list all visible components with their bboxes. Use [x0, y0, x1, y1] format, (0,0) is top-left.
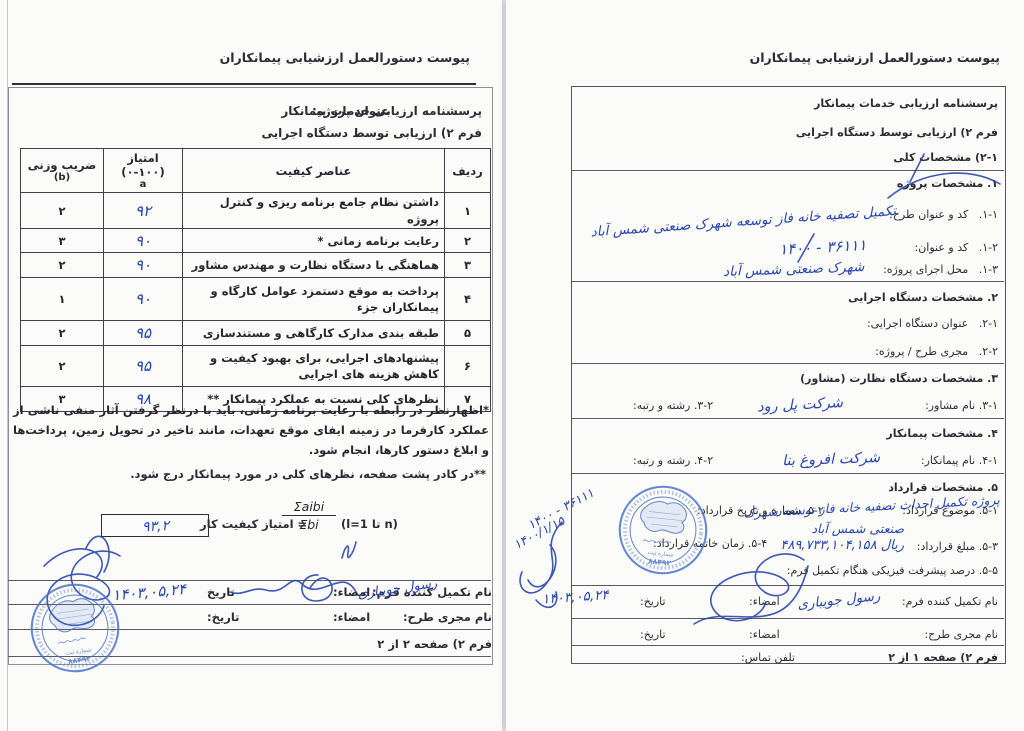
page-right-sheet: پیوست دستورالعمل ارزشیابی پیمانکاران پرس…	[506, 0, 1024, 731]
field-plan-executor-label: ۲-۲. مجری طرح / پروژه:	[875, 345, 998, 359]
table-row: ۶ پیشنهادهای اجرایی، برای بهبود کیفیت و …	[21, 346, 491, 387]
table-row: ۴ پرداخت به موقع دستمزد عوامل کارگاه و پ…	[21, 278, 491, 321]
col-header-quality: عناصر کیفیت	[183, 149, 445, 193]
date-label: تاریخ:	[207, 610, 239, 624]
page-title: پیوست دستورالعمل ارزشیابی پیمانکاران	[750, 50, 1000, 66]
row-item: رعایت برنامه زمانی *	[183, 229, 445, 253]
section1-title: ۱. مشخصات پروژه	[897, 177, 998, 191]
formula-numerator: Σaibi	[282, 499, 336, 516]
row-no: ۱	[445, 193, 491, 229]
page-footer: فرم ۲) صفحه ۲ از ۲	[377, 637, 492, 651]
contact-phone-label: تلفن تماس:	[741, 651, 795, 665]
section-divider	[571, 585, 1004, 586]
signature-label: امضاء:	[333, 585, 370, 599]
sign-line	[8, 604, 491, 605]
contract-subject-line2-handwritten: صنعتی شمس آباد	[811, 521, 904, 537]
footnote-schedule: *اظهارنظر در رابطه با رعایت برنامه زمانی…	[13, 400, 489, 460]
row-item: پیشنهادهای اجرایی، برای بهبود کیفیت و کا…	[183, 346, 445, 387]
section-divider	[571, 473, 1004, 474]
date-label: تاریخ:	[640, 628, 666, 642]
col-header-score: امتیاز (۱۰۰-۰) a	[104, 149, 183, 193]
section-overview: ۲-۱) مشخصات کلی	[893, 151, 998, 165]
header-rule	[12, 83, 476, 85]
table-row: ۳ هماهنگی با دستگاه نظارت و مهندس مشاور …	[21, 253, 491, 278]
footnote-back-page: **در کادر پشت صفحه، نظرهای کلی در مورد پ…	[130, 467, 486, 481]
scanned-document: پیوست دستورالعمل ارزشیابی پیمانکاران پرس…	[0, 0, 1024, 731]
project-title-label: عنوان پروژه:	[312, 104, 389, 119]
section-divider	[571, 170, 1004, 171]
section3-title: ۳. مشخصات دستگاه نظارت (مشاور)	[800, 372, 998, 386]
section2-title: ۲. مشخصات دستگاه اجرایی	[848, 291, 998, 305]
contract-amount-handwritten: ۴۸۹,۷۳۳,۱۰۴,۱۵۸ ریال	[780, 538, 904, 554]
signature-label: امضاء:	[333, 610, 370, 624]
page-title: پیوست دستورالعمل ارزشیابی پیمانکاران	[220, 50, 470, 66]
row-score-handwritten: ۹۰	[104, 253, 183, 278]
row-no: ۶	[445, 346, 491, 387]
row-weight: ۲	[21, 346, 104, 387]
table-row: ۲ رعایت برنامه زمانی * ۹۰ ۳	[21, 229, 491, 253]
formula-equals-label: = امتیاز کیفیت کار	[200, 517, 307, 531]
field-contract-amount-label: ۵-۳. مبلغ قرارداد:	[917, 540, 998, 554]
row-score-handwritten: ۹۵	[104, 346, 183, 387]
section-divider	[571, 418, 1004, 419]
col-header-weight: ضریب وزنی (b)	[21, 149, 104, 193]
quality-score-handwritten: ۹۳,۲	[141, 518, 169, 535]
row-score-handwritten: ۹۲	[104, 193, 183, 229]
col-header-weight-sub: (b)	[23, 172, 101, 183]
row-item: طبقه بندی مدارک کارگاهی و مستندسازی	[183, 321, 445, 346]
field-contractor-grade-label: ۴-۲. رشته و رتبه:	[633, 454, 713, 468]
formula-range: (l=1 تا n)	[341, 517, 398, 531]
field-progress-label: ۵-۵. درصد پیشرفت فیزیکی هنگام تکمیل فرم:	[787, 564, 998, 578]
quality-table: ردیف عناصر کیفیت امتیاز (۱۰۰-۰) a ضریب و…	[20, 148, 491, 412]
row-score-handwritten: ۹۰	[104, 229, 183, 253]
executor-label: نام مجری طرح:	[403, 610, 492, 624]
row-weight: ۲	[21, 321, 104, 346]
section-divider	[571, 618, 1004, 619]
field-contract-end-label: ۵-۴. زمان خاتمه قرارداد:	[653, 537, 767, 551]
completer-label: نام تکمیل کننده فرم:	[902, 595, 998, 609]
col-header-weight-text: ضریب وزنی	[23, 158, 101, 172]
row-weight: ۱	[21, 278, 104, 321]
sign-line	[8, 656, 491, 657]
field-plan-code-label: ۱-۱. کد و عنوان طرح:	[889, 208, 998, 222]
row-no: ۲	[445, 229, 491, 253]
section-divider	[571, 363, 1004, 364]
row-no: ۵	[445, 321, 491, 346]
date-label: تاریخ:	[640, 595, 666, 609]
row-item: داشتن نظام جامع برنامه ریزی و کنترل پروژ…	[183, 193, 445, 229]
col-header-row: ردیف	[445, 149, 491, 193]
row-item: هماهنگی با دستگاه نظارت و مهندس مشاور	[183, 253, 445, 278]
section-divider	[571, 645, 1004, 646]
row-weight: ۲	[21, 253, 104, 278]
contractor-name-handwritten: شرکت افروغ بنا	[782, 449, 881, 471]
form-subtitle: فرم ۲) ارزیابی توسط دستگاه اجرایی	[262, 126, 483, 141]
field-agency-title-label: ۲-۱. عنوان دستگاه اجرایی:	[867, 317, 998, 331]
page-left-sheet: پیوست دستورالعمل ارزشیابی پیمانکاران پرس…	[0, 0, 502, 731]
field-code-title-label: ۱-۲. کد و عنوان:	[914, 241, 998, 255]
row-no: ۴	[445, 278, 491, 321]
field-consultant-label: ۳-۱. نام مشاور:	[925, 399, 998, 413]
section-divider	[571, 281, 1004, 282]
quality-score-box: ۹۳,۲	[101, 514, 209, 537]
row-score-handwritten: ۹۰	[104, 278, 183, 321]
col-header-score-text: امتیاز (۱۰۰-۰)	[106, 151, 180, 179]
row-weight: ۳	[21, 229, 104, 253]
field-contractor-label: ۴-۱. نام پیمانکار:	[921, 454, 998, 468]
date-label: تاریخ	[207, 585, 235, 599]
row-item: پرداخت به موقع دستمزد عوامل کارگاه و پیم…	[183, 278, 445, 321]
signature-label: امضاء:	[749, 595, 780, 609]
page-footer: فرم ۲) صفحه ۱ از ۲	[888, 651, 998, 665]
sign-line	[8, 629, 491, 630]
col-header-score-sub: a	[106, 179, 180, 190]
row-score-handwritten: ۹۵	[104, 321, 183, 346]
signature-label: امضاء:	[749, 628, 780, 642]
section4-title: ۴. مشخصات پیمانکار	[886, 427, 998, 441]
form-subtitle: فرم ۲) ارزیابی توسط دستگاه اجرایی	[796, 126, 998, 140]
field-location-label: ۱-۳. محل اجرای پروژه:	[883, 263, 998, 277]
field-consultant-grade-label: ۳-۲. رشته و رتبه:	[633, 399, 713, 413]
table-row: ۵ طبقه بندی مدارک کارگاهی و مستندسازی ۹۵…	[21, 321, 491, 346]
field-contract-no-label: ۵-۲. شماره و تاریخ قرارداد:	[697, 504, 824, 518]
form-title: پرسشنامه ارزیابی خدمات پیمانکار	[814, 97, 998, 111]
executor-label: نام مجری طرح:	[924, 628, 998, 642]
row-no: ۳	[445, 253, 491, 278]
table-row: ۱ داشتن نظام جامع برنامه ریزی و کنترل پر…	[21, 193, 491, 229]
row-weight: ۲	[21, 193, 104, 229]
